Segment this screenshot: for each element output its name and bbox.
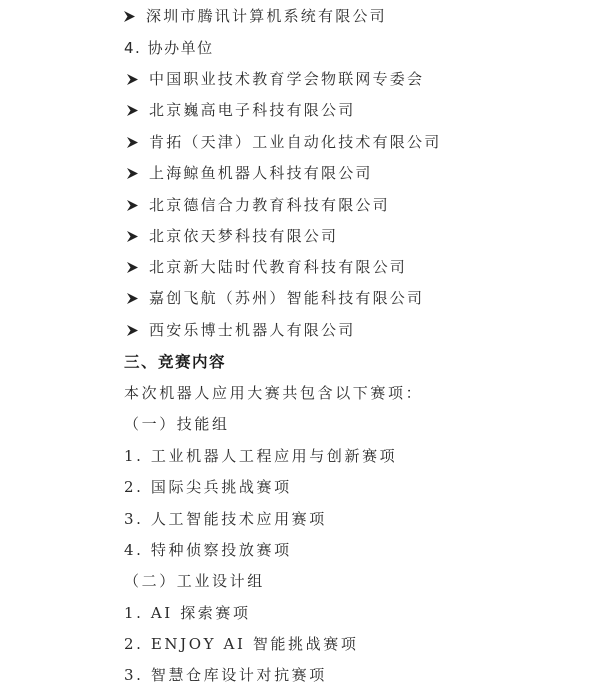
arrowhead-bullet-icon xyxy=(127,137,137,147)
arrowhead-bullet-icon xyxy=(124,11,134,21)
group-title-industrial-design: （二）工业设计组 xyxy=(124,571,265,591)
co-organizer-name: 上海鲸鱼机器人科技有限公司 xyxy=(149,164,373,182)
arrowhead-bullet-icon xyxy=(127,262,137,272)
sponsor-name: 深圳市腾讯计算机系统有限公司 xyxy=(146,7,387,25)
section-heading-competition-content: 三、竞赛内容 xyxy=(124,352,226,372)
section-intro: 本次机器人应用大赛共包含以下赛项： xyxy=(124,383,423,403)
co-organizer-item: 北京依天梦科技有限公司 xyxy=(127,226,338,246)
event-item: 4. 特种侦察投放赛项 xyxy=(124,540,292,560)
co-organizer-name: 北京巍高电子科技有限公司 xyxy=(149,101,355,119)
sponsor-list-item: 深圳市腾讯计算机系统有限公司 xyxy=(124,6,387,26)
arrowhead-bullet-icon xyxy=(127,325,137,335)
co-organizer-item: 北京巍高电子科技有限公司 xyxy=(127,100,355,120)
event-item: 2. ENJOY AI 智能挑战赛项 xyxy=(124,634,358,654)
co-organizer-item: 肯拓（天津）工业自动化技术有限公司 xyxy=(127,132,441,152)
co-organizer-name: 北京依天梦科技有限公司 xyxy=(149,227,338,245)
co-organizer-name: 中国职业技术教育学会物联网专委会 xyxy=(149,70,424,88)
arrowhead-bullet-icon xyxy=(127,200,137,210)
co-organizer-item: 中国职业技术教育学会物联网专委会 xyxy=(127,69,424,89)
co-organizer-name: 北京新大陆时代教育科技有限公司 xyxy=(149,258,407,276)
co-organizer-item: 西安乐博士机器人有限公司 xyxy=(127,320,355,340)
event-item: 2. 国际尖兵挑战赛项 xyxy=(124,477,292,497)
event-item: 3. 人工智能技术应用赛项 xyxy=(124,509,327,529)
arrowhead-bullet-icon xyxy=(127,105,137,115)
co-organizer-item: 北京德信合力教育科技有限公司 xyxy=(127,195,390,215)
co-organizer-item: 上海鲸鱼机器人科技有限公司 xyxy=(127,163,373,183)
arrowhead-bullet-icon xyxy=(127,168,137,178)
co-organizer-item: 北京新大陆时代教育科技有限公司 xyxy=(127,257,407,277)
event-item: 3. 智慧仓库设计对抗赛项 xyxy=(124,665,327,685)
co-organizer-name: 西安乐博士机器人有限公司 xyxy=(149,321,355,339)
arrowhead-bullet-icon xyxy=(127,293,137,303)
co-organizer-name: 肯拓（天津）工业自动化技术有限公司 xyxy=(149,133,441,151)
co-organizer-name: 北京德信合力教育科技有限公司 xyxy=(149,196,390,214)
arrowhead-bullet-icon xyxy=(127,74,137,84)
group-title-skills: （一）技能组 xyxy=(124,414,230,434)
co-organizer-name: 嘉创飞航（苏州）智能科技有限公司 xyxy=(149,289,424,307)
event-item: 1. AI 探索赛项 xyxy=(124,603,251,623)
event-item: 1. 工业机器人工程应用与创新赛项 xyxy=(124,446,397,466)
arrowhead-bullet-icon xyxy=(127,231,137,241)
co-organizers-heading: 4. 协办单位 xyxy=(124,38,214,58)
co-organizer-item: 嘉创飞航（苏州）智能科技有限公司 xyxy=(127,288,424,308)
